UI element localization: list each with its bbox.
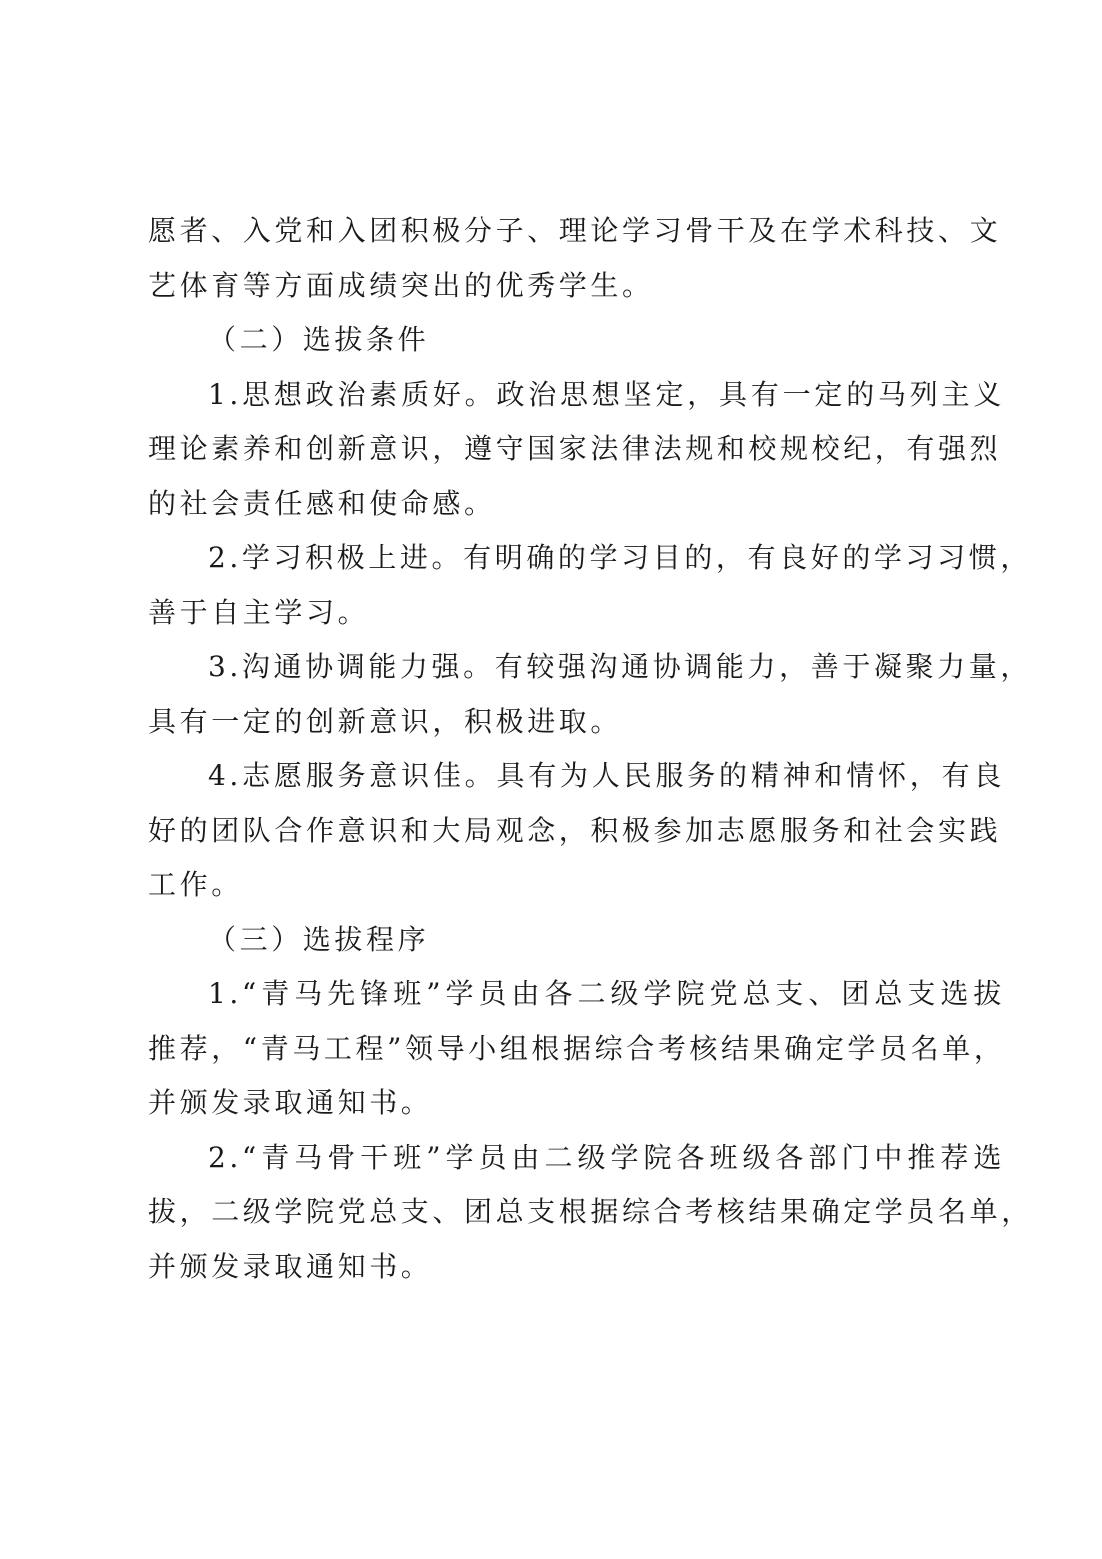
paragraph-line: 推荐，“青马工程”领导小组根据综合考核结果确定学员名单， (148, 1022, 945, 1077)
procedure-item-2: 2.“青马骨干班”学员由二级学院各班级各部门中推荐选 (148, 1131, 1005, 1186)
paragraph-line: 具有一定的创新意识，积极进取。 (148, 695, 948, 750)
paragraph-line: 拔，二级学院党总支、团总支根据综合考核结果确定学员名单， (148, 1185, 945, 1240)
paragraph-line: 理论素养和创新意识，遵守国家法律法规和校规校纪，有强烈 (148, 422, 945, 477)
criteria-item-1: 1.思想政治素质好。政治思想坚定，具有一定的马列主义 (148, 368, 1005, 423)
criteria-item-2: 2.学习积极上进。有明确的学习目的，有良好的学习习惯， (148, 531, 1005, 586)
paragraph-line: 的社会责任感和使命感。 (148, 477, 948, 532)
paragraph-line: 并颁发录取通知书。 (148, 1076, 948, 1131)
paragraph-line: 艺体育等方面成绩突出的优秀学生。 (148, 259, 948, 314)
procedure-item-1: 1.“青马先锋班”学员由各二级学院党总支、团总支选拔 (148, 967, 1005, 1022)
criteria-item-4: 4.志愿服务意识佳。具有为人民服务的精神和情怀，有良 (148, 749, 1005, 804)
paragraph-line: 并颁发录取通知书。 (148, 1240, 948, 1295)
section-heading-selection-criteria: （二）选拔条件 (148, 313, 948, 368)
paragraph-line: 愿者、入党和入团积极分子、理论学习骨干及在学术科技、文 (148, 204, 945, 259)
criteria-item-3: 3.沟通协调能力强。有较强沟通协调能力，善于凝聚力量， (148, 640, 1005, 695)
document-page: 愿者、入党和入团积极分子、理论学习骨干及在学术科技、文 艺体育等方面成绩突出的优… (148, 204, 948, 1294)
paragraph-line: 工作。 (148, 858, 948, 913)
paragraph-line: 好的团队合作意识和大局观念，积极参加志愿服务和社会实践 (148, 804, 945, 859)
section-heading-selection-procedure: （三）选拔程序 (148, 913, 948, 968)
paragraph-line: 善于自主学习。 (148, 586, 948, 641)
